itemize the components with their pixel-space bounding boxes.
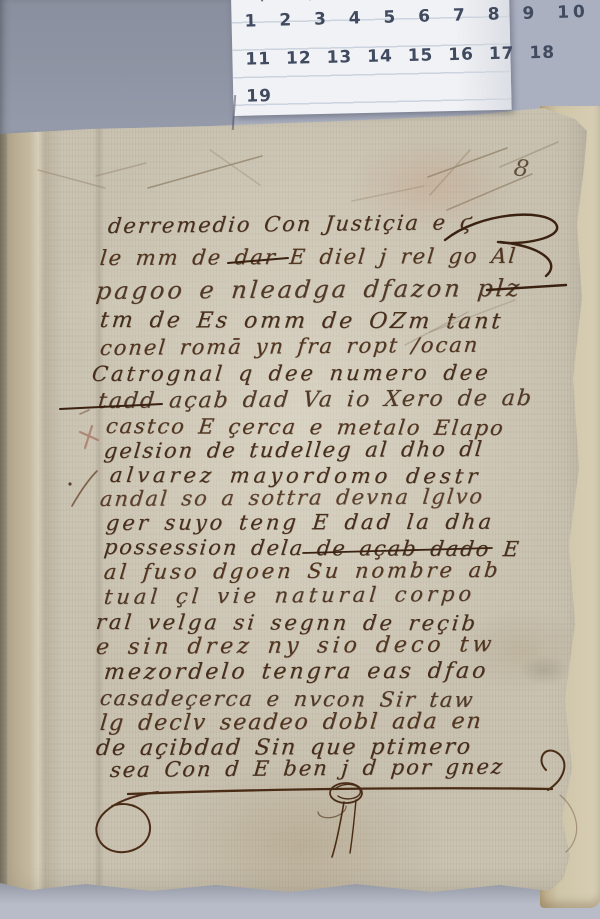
note-paper: 1 2 3 4 5 6 7 8 9 10 11 12 13 14 15 16 1… (231, 0, 512, 116)
manuscript-line: ger suyo teng E dad la dha (105, 510, 496, 535)
photo-of-manuscript: 8 derremedio Con Justiçia e ϛ le mm de d… (0, 0, 600, 919)
manuscript-line: sea Con d E ben j d por gnez (109, 755, 505, 782)
manuscript-line: e sin drez ny sio deco tw (95, 632, 497, 660)
graphite-smudge (518, 655, 570, 685)
manuscript-line: ral velga si segnn de reçib (95, 610, 480, 635)
manuscript-page: 8 derremedio Con Justiçia e ϛ le mm de d… (0, 0, 600, 919)
manuscript-line: derremedio Con Justiçia e ϛ (107, 210, 475, 238)
manuscript-line: tm de Es omm de OZm tant (99, 308, 505, 334)
cutoff-digit-mark (261, 0, 263, 1)
manuscript-line: conel romā yn fra ropt /ocan (99, 333, 481, 360)
desk-surface-left (0, 0, 234, 134)
manuscript-line: casadeçerca e nvcon Sir taw (99, 686, 476, 712)
folio-number: 8 (512, 155, 531, 183)
manuscript-line: mezordelo tengra eas dfao (103, 659, 490, 685)
manuscript-line: al fuso dgoen Su nombre ab (103, 558, 502, 584)
manuscript-line: lg declv seadeo dobl ada en (99, 709, 484, 736)
manuscript-line: Catrognal q dee numero dee (91, 361, 492, 386)
manuscript-line: le mm de dar E diel j rel go Al (99, 244, 519, 270)
manuscript-line: castco E çerca e metalo Elapo (105, 414, 507, 440)
note-row-numbers-11-18: 11 12 13 14 15 16 17 18 (245, 43, 555, 70)
manuscript-line: gelsion de tudelleg al dho dl (103, 437, 485, 463)
note-row-numbers-19: 19 (246, 86, 272, 107)
note-row-numbers-1-10: 1 2 3 4 5 6 7 8 9 10 (244, 2, 589, 32)
manuscript-line: andal so a sottra devna lglvo (99, 484, 485, 511)
manuscript-line: pagoo e nleadga dfazon plz (95, 274, 524, 305)
manuscript-line: tual çl vie natural corpo (103, 582, 477, 609)
manuscript-line: tadd açab dad Va io Xero de ab (97, 386, 534, 414)
